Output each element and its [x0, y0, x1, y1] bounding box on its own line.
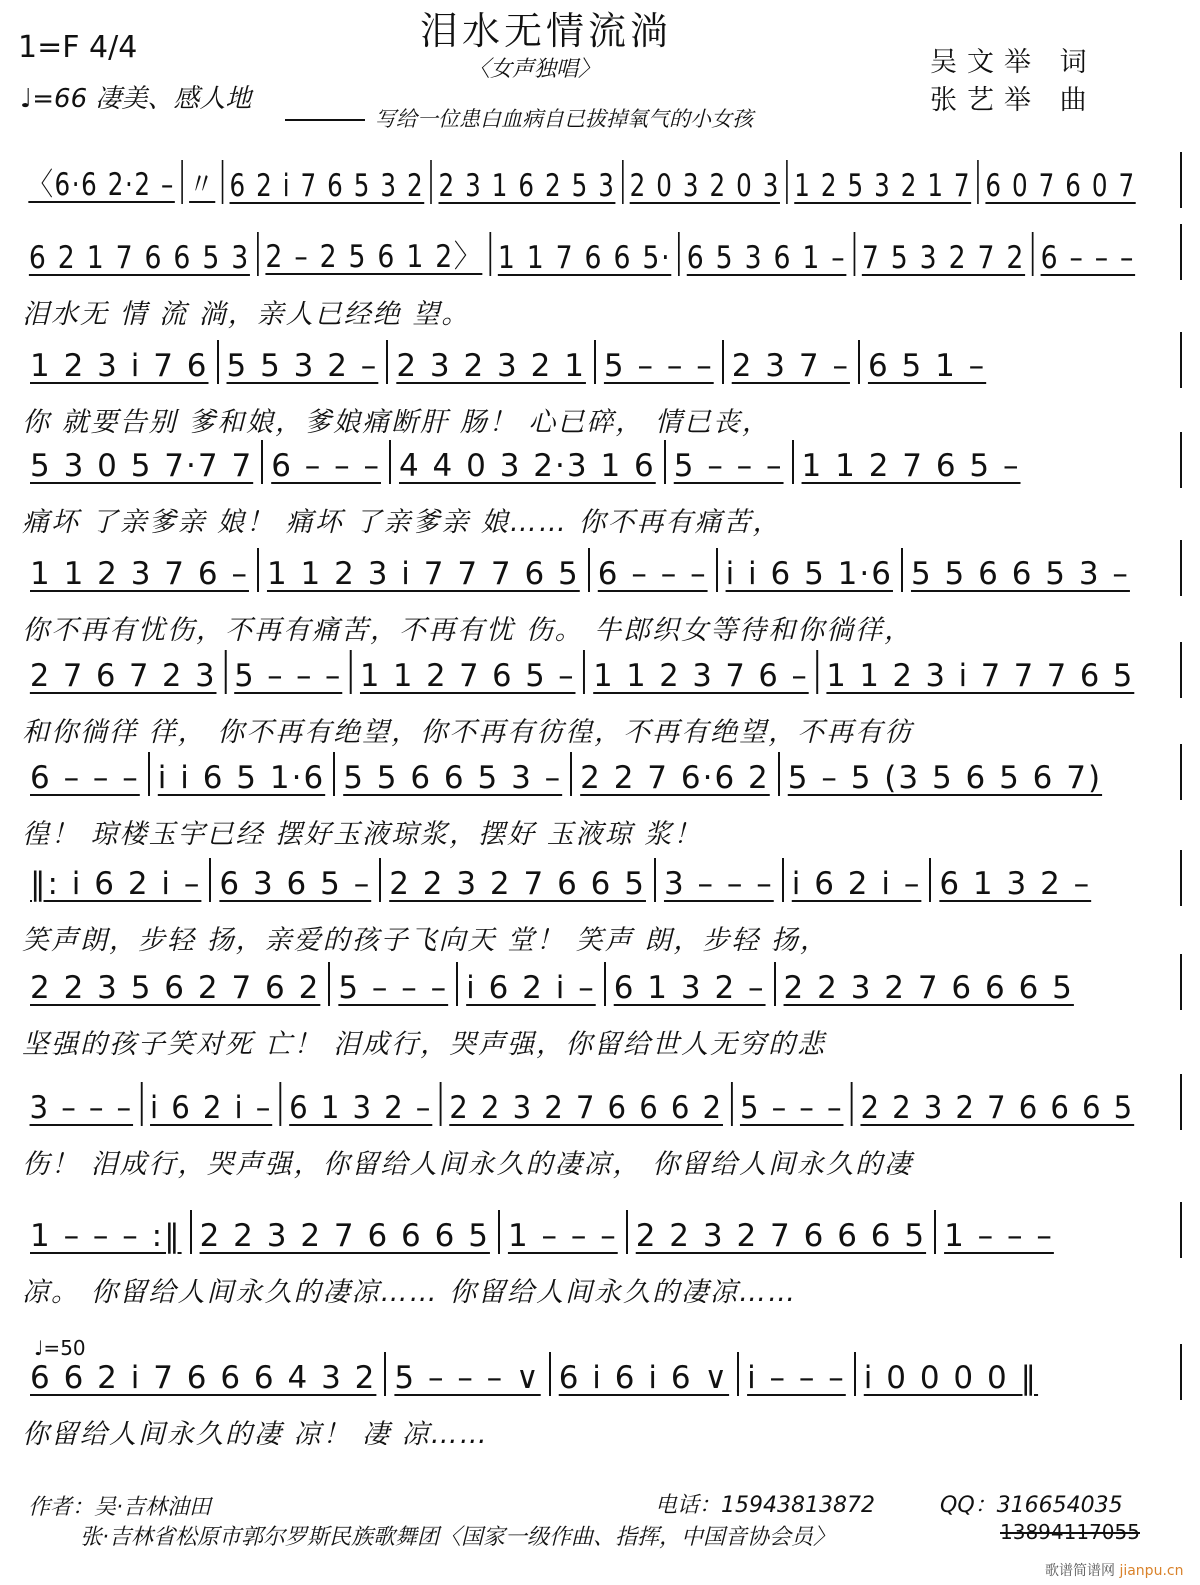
barline: [1180, 642, 1182, 698]
measure: i 0 0 0 0 ‖: [856, 1352, 1046, 1396]
dedication: 写给一位患白血病自已拔掉氧气的小女孩: [285, 103, 753, 133]
measure: 1 1 2 3 7 6 –: [22, 548, 259, 592]
measure: 1 1 2 3 i 7 7 7 6 5: [259, 548, 590, 592]
measure: 1 1 7 6 6 5·: [491, 232, 680, 276]
barline: [1180, 332, 1182, 388]
barline: [1180, 224, 1182, 280]
measure: 6 2 i 7 6 5 3 2: [223, 160, 432, 204]
measure: 2 2 7 6·6 2: [572, 752, 780, 796]
watermark-en: jianpu.cn: [1119, 1563, 1183, 1579]
notes-line: ‖: i 6 2 i –6 3 6 5 –2 2 3 2 7 6 6 53 – …: [22, 858, 1099, 902]
measure: 2 3 7 –: [724, 340, 860, 384]
measure: i 6 2 i –: [458, 962, 606, 1006]
measure: 2 2 3 2 7 6 6 6 2: [442, 1082, 733, 1126]
lyrics-line: 和你徜徉 徉， 你不再有绝望，你不再有彷徨，不再有绝望，不再有彷: [22, 710, 913, 749]
barline: [1180, 954, 1182, 1010]
measure: 5 5 6 6 5 3 –: [335, 752, 572, 796]
measure: 1 – – –: [500, 1210, 628, 1254]
lyrics-line: 泪水无 情 流 淌，亲人已经绝 望。: [22, 292, 470, 331]
measure: 2 3 2 3 2 1: [388, 340, 596, 384]
measure: 6 – – –: [590, 548, 718, 592]
measure: 1 2 5 3 2 1 7: [788, 160, 979, 204]
measure: 5 – – –: [732, 1082, 852, 1126]
lyrics-line: 坚强的孩子笑对死 亡！ 泪成行，哭声强，你留给世人无穷的悲: [22, 1022, 826, 1061]
score-row: 2 2 3 5 6 2 7 6 25 – – –i 6 2 i –6 1 3 2…: [22, 962, 1162, 1006]
lyrics-line: 你 就要告别 爹和娘，爹娘痛断肝 肠！ 心已碎， 情已丧，: [22, 400, 771, 439]
score-row: ‖: i 6 2 i –6 3 6 5 –2 2 3 2 7 6 6 53 – …: [22, 858, 1162, 902]
barline: [1180, 1344, 1182, 1400]
barline: [1180, 1202, 1182, 1258]
dedication-dash: [285, 119, 365, 121]
measure: 6 1 3 2 –: [606, 962, 776, 1006]
measure: 5 – – – ∨: [386, 1352, 550, 1396]
measure: 7 5 3 2 7 2: [855, 232, 1034, 276]
score-row: 6 – – –i i 6 5 1·65 5 6 6 5 3 –2 2 7 6·6…: [22, 752, 1162, 796]
measure: 6 2 1 7 6 6 5 3: [22, 232, 259, 276]
score-row: 6 6 2 i 7 6 6 6 4 3 25 – – – ∨6 i 6 i 6 …: [22, 1352, 1162, 1396]
dedication-text: 写给一位患白血病自已拔掉氧气的小女孩: [375, 107, 753, 131]
notes-line: 5 3 0 5 7·7 76 – – –4 4 0 3 2·3 1 65 – –…: [22, 440, 1029, 484]
measure: ‖: i 6 2 i –: [22, 858, 211, 902]
measure: 〃: [183, 160, 223, 204]
qq-number: QQ：316654035: [940, 1488, 1123, 1519]
measure: 2 2 3 2 7 6 6 6 5: [776, 962, 1082, 1006]
measure: 3 – – –: [656, 858, 784, 902]
watermark: 歌谱简谱网 jianpu.cn: [1045, 1560, 1183, 1580]
measure: 5 – – –: [666, 440, 794, 484]
measure: 1 1 2 3 i 7 7 7 6 5: [819, 650, 1143, 694]
measure: 2 7 6 7 2 3: [22, 650, 226, 694]
tempo-change: ♩=50: [34, 1336, 86, 1360]
measure: 5 3 0 5 7·7 7: [22, 440, 263, 484]
measure: 6 1 3 2 –: [282, 1082, 442, 1126]
authors-line-1: 作者：吴·吉林油田: [28, 1490, 211, 1521]
lyrics-line: 徨！ 琼楼玉宇已经 摆好玉液琼浆，摆好 玉液琼 浆！: [22, 812, 702, 851]
measure: 6 1 3 2 –: [931, 858, 1099, 902]
measure: 6 – – –: [22, 752, 150, 796]
lyrics-line: 笑声朗，步轻 扬，亲爱的孩子飞向天 堂！ 笑声 朗，步轻 扬，: [22, 918, 829, 957]
measure: 1 – – – :‖: [22, 1210, 192, 1254]
score-row: 1 – – – :‖2 2 3 2 7 6 6 6 51 – – –2 2 3 …: [22, 1210, 1162, 1254]
notes-line: 6 6 2 i 7 6 6 6 4 3 25 – – – ∨6 i 6 i 6 …: [22, 1352, 1046, 1396]
score-row: 6 2 1 7 6 6 5 32 – 2 5 6 1 2〉1 1 7 6 6 5…: [22, 232, 1162, 276]
measure: 2 0 3 2 0 3: [623, 160, 788, 204]
measure: 5 5 3 2 –: [219, 340, 389, 384]
measure: 6 i 6 i 6 ∨: [551, 1352, 739, 1396]
notes-line: 1 – – – :‖2 2 3 2 7 6 6 6 51 – – –2 2 3 …: [22, 1210, 1062, 1254]
composer: 张艺举 曲: [930, 82, 1097, 120]
measure: 1 1 2 7 6 5 –: [352, 650, 585, 694]
notes-line: 2 2 3 5 6 2 7 6 25 – – –i 6 2 i –6 1 3 2…: [22, 962, 1082, 1006]
notes-line: 1 1 2 3 7 6 –1 1 2 3 i 7 7 7 6 56 – – –i…: [22, 548, 1138, 592]
measure: 5 – – –: [596, 340, 724, 384]
barline: [1180, 540, 1182, 596]
measure: 2 2 3 2 7 6 6 5: [381, 858, 656, 902]
measure: 6 – – –: [263, 440, 391, 484]
notes-line: 6 – – –i i 6 5 1·65 5 6 6 5 3 –2 2 7 6·6…: [22, 752, 1110, 796]
score-row: 5 3 0 5 7·7 76 – – –4 4 0 3 2·3 1 65 – –…: [22, 440, 1162, 484]
measure: 4 4 0 3 2·3 1 6: [391, 440, 666, 484]
lyrics-line: 你不再有忧伤，不再有痛苦，不再有忧 伤。 牛郎织女等待和你徜徉，: [22, 608, 913, 647]
measure: i i 6 5 1·6: [150, 752, 335, 796]
score-row: 〈6·6 2·2 –〃6 2 i 7 6 5 3 22 3 1 6 2 5 32…: [22, 160, 1162, 204]
key-signature: 1=F 4/4: [18, 30, 137, 65]
lyrics-line: 痛坏 了亲爹亲 娘！ 痛坏 了亲爹亲 娘…… 你不再有痛苦，: [22, 500, 782, 539]
measure: 1 1 2 7 6 5 –: [794, 440, 1029, 484]
lyrics-line: 伤！ 泪成行，哭声强，你留给人间永久的凄凉， 你留给人间永久的凄: [22, 1142, 913, 1181]
measure: 2 3 1 6 2 5 3: [432, 160, 623, 204]
lyrics-line: 你留给人间永久的凄 凉！ 凄 凉……: [22, 1412, 489, 1451]
score-row: 1 2 3 i 7 65 5 3 2 –2 3 2 3 2 15 – – –2 …: [22, 340, 1162, 384]
phone: 电话：15943813872: [655, 1488, 875, 1519]
measure: 2 2 3 2 7 6 6 6 5: [853, 1082, 1142, 1126]
measure: 6 3 6 5 –: [211, 858, 381, 902]
measure: 1 2 3 i 7 6: [22, 340, 219, 384]
watermark-cn: 歌谱简谱网: [1045, 1563, 1115, 1579]
notes-line: 1 2 3 i 7 65 5 3 2 –2 3 2 3 2 15 – – –2 …: [22, 340, 994, 384]
song-subtitle: 〈女声独唱〉: [468, 52, 600, 83]
measure: 1 – – –: [936, 1210, 1062, 1254]
barline: [1180, 744, 1182, 800]
measure: 6 5 3 6 1 –: [680, 232, 855, 276]
measure: 〈6·6 2·2 –: [22, 160, 183, 204]
song-title: 泪水无情流淌: [420, 0, 672, 55]
measure: 2 2 3 2 7 6 6 6 5: [628, 1210, 936, 1254]
phone-secondary: 13894117055: [1000, 1520, 1140, 1544]
lyricist: 吴文举 词: [930, 44, 1097, 82]
lyrics-line: 凉。 你留给人间永久的凄凉…… 你留给人间永久的凄凉……: [22, 1270, 797, 1309]
measure: 2 2 3 2 7 6 6 6 5: [192, 1210, 500, 1254]
credits: 吴文举 词 张艺举 曲: [930, 44, 1097, 120]
notes-line: 3 – – –i 6 2 i –6 1 3 2 –2 2 3 2 7 6 6 6…: [22, 1082, 1142, 1126]
measure: 2 2 3 5 6 2 7 6 2: [22, 962, 330, 1006]
notes-line: 〈6·6 2·2 –〃6 2 i 7 6 5 3 22 3 1 6 2 5 32…: [22, 160, 1142, 204]
measure: i 6 2 i –: [142, 1082, 281, 1126]
measure: 5 5 6 6 5 3 –: [903, 548, 1138, 592]
notes-line: 2 7 6 7 2 35 – – –1 1 2 7 6 5 –1 1 2 3 7…: [22, 650, 1142, 694]
measure: 1 1 2 3 7 6 –: [585, 650, 818, 694]
barline: [1180, 152, 1182, 208]
measure: 6 5 1 –: [860, 340, 994, 384]
measure: 6 0 7 6 0 7: [979, 160, 1142, 204]
measure: i i 6 5 1·6: [718, 548, 903, 592]
measure: 2 – 2 5 6 1 2〉: [259, 232, 491, 276]
measure: i 6 2 i –: [784, 858, 932, 902]
measure: 5 – – –: [226, 650, 352, 694]
tempo-marking: ♩=66 凄美、感人地: [20, 78, 251, 115]
measure: 5 – – –: [330, 962, 458, 1006]
score-row: 1 1 2 3 7 6 –1 1 2 3 i 7 7 7 6 56 – – –i…: [22, 548, 1162, 592]
barline: [1180, 432, 1182, 488]
barline: [1180, 850, 1182, 906]
measure: 3 – – –: [22, 1082, 142, 1126]
measure: i – – –: [739, 1352, 856, 1396]
notes-line: 6 2 1 7 6 6 5 32 – 2 5 6 1 2〉1 1 7 6 6 5…: [22, 232, 1142, 276]
measure: 6 – – –: [1034, 232, 1142, 276]
measure: 5 – 5 (3 5 6 5 6 7): [780, 752, 1110, 796]
score-row: 3 – – –i 6 2 i –6 1 3 2 –2 2 3 2 7 6 6 6…: [22, 1082, 1162, 1126]
barline: [1180, 1074, 1182, 1130]
score-row: 2 7 6 7 2 35 – – –1 1 2 7 6 5 –1 1 2 3 7…: [22, 650, 1162, 694]
authors-line-2: 张·吉林省松原市郭尔罗斯民族歌舞团〈国家一级作曲、指挥，中国音协会员〉: [80, 1520, 835, 1551]
